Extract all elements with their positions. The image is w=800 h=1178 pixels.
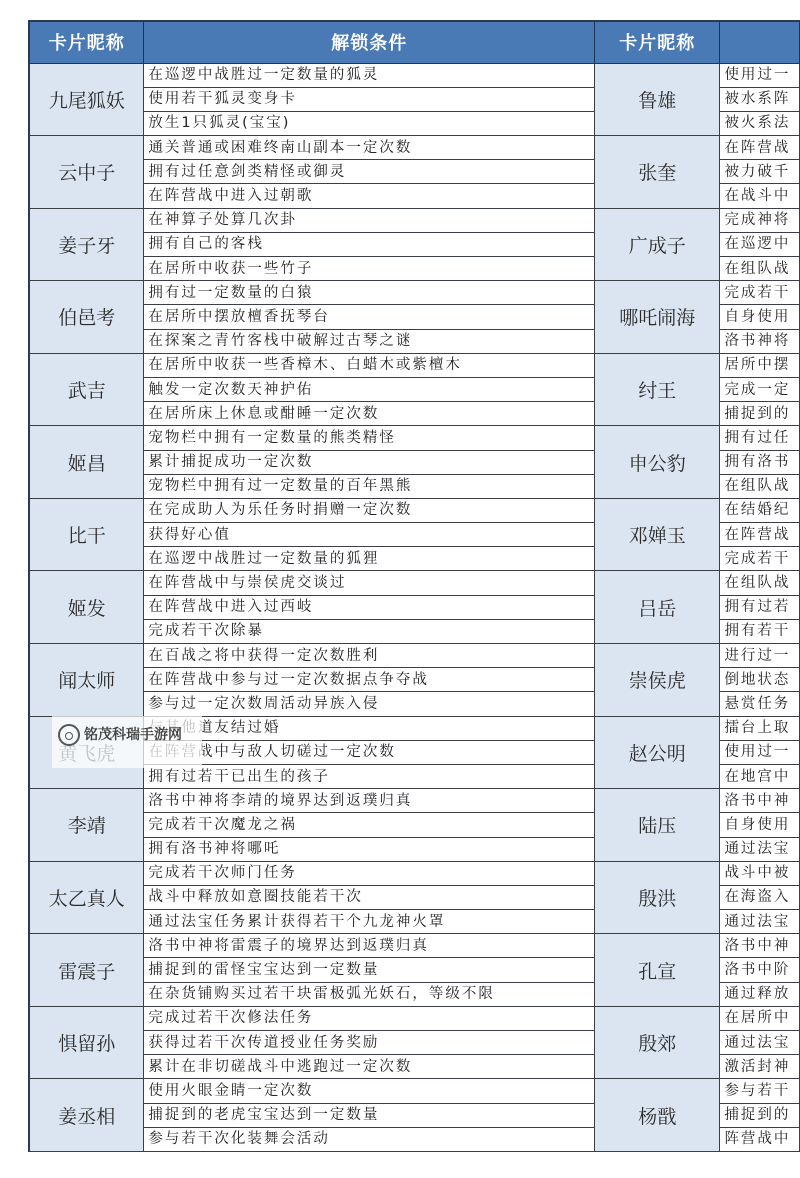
card-name-cell: 邓婵玉 — [595, 498, 720, 571]
card-name-cell: 姬发 — [29, 571, 144, 644]
condition-cell: 拥有若干 — [720, 619, 800, 643]
table-row: 李靖洛书中神将李靖的境界达到返璞归真陆压洛书中神 — [29, 789, 800, 813]
condition-cell: 拥有自己的客栈 — [144, 232, 595, 256]
camera-logo-icon — [58, 724, 80, 746]
condition-cell: 倒地状态 — [720, 668, 800, 692]
condition-cell: 在组队战 — [720, 571, 800, 595]
table-row: 云中子通关普通或困难终南山副本一定次数张奎在阵营战 — [29, 136, 800, 160]
condition-cell: 通过法宝 — [720, 910, 800, 934]
condition-cell: 通过法宝任务累计获得若干个九龙神火罩 — [144, 910, 595, 934]
card-name-cell: 哪吒闹海 — [595, 281, 720, 354]
condition-cell: 在探案之青竹客栈中破解过古琴之谜 — [144, 329, 595, 353]
card-name-cell: 伯邑考 — [29, 281, 144, 354]
condition-cell: 通关普通或困难终南山副本一定次数 — [144, 136, 595, 160]
card-name-cell: 张奎 — [595, 136, 720, 209]
condition-cell: 被力破千 — [720, 160, 800, 184]
table-row: 九尾狐妖在巡逻中战胜过一定数量的狐灵鲁雄使用过一 — [29, 63, 800, 87]
condition-cell: 在阵营战中参与过一定次数据点争夺战 — [144, 668, 595, 692]
header-unlock-condition-left: 解锁条件 — [144, 21, 595, 63]
condition-cell: 在阵营战中与崇侯虎交谈过 — [144, 571, 595, 595]
table-row: 雷震子洛书中神将雷震子的境界达到返璞归真孔宣洛书中神 — [29, 934, 800, 958]
condition-cell: 洛书中神将雷震子的境界达到返璞归真 — [144, 934, 595, 958]
condition-cell: 完成若干 — [720, 547, 800, 571]
card-name-cell: 殷郊 — [595, 1006, 720, 1079]
condition-cell: 在组队战 — [720, 474, 800, 498]
condition-cell: 悬赏任务 — [720, 692, 800, 716]
table-row: 姜子牙在神算子处算几次卦广成子完成神将 — [29, 208, 800, 232]
card-name-cell: 姜子牙 — [29, 208, 144, 281]
condition-cell: 获得好心值 — [144, 523, 595, 547]
condition-cell: 完成一定 — [720, 377, 800, 401]
card-name-cell: 武吉 — [29, 353, 144, 426]
condition-cell: 累计捕捉成功一定次数 — [144, 450, 595, 474]
table-row: 惧留孙完成过若干次修法任务殷郊在居所中 — [29, 1006, 800, 1030]
condition-cell: 战斗中释放如意圈技能若干次 — [144, 885, 595, 909]
card-unlock-table: 卡片昵称 解锁条件 卡片昵称 九尾狐妖在巡逻中战胜过一定数量的狐灵鲁雄使用过一使… — [28, 20, 800, 1152]
condition-cell: 通过法宝 — [720, 1031, 800, 1055]
card-name-cell: 惧留孙 — [29, 1006, 144, 1079]
condition-cell: 捕捉到的老虎宝宝达到一定数量 — [144, 1103, 595, 1127]
condition-cell: 在居所中收获一些香樟木、白蜡木或紫檀木 — [144, 353, 595, 377]
condition-cell: 在巡逻中战胜过一定数量的狐狸 — [144, 547, 595, 571]
condition-cell: 被水系阵 — [720, 87, 800, 111]
card-name-cell: 陆压 — [595, 789, 720, 862]
table-row: 比干在完成助人为乐任务时捐赠一定次数邓婵玉在结婚纪 — [29, 498, 800, 522]
card-name-cell: 孔宣 — [595, 934, 720, 1007]
condition-cell: 参与若干次化装舞会活动 — [144, 1127, 595, 1151]
condition-cell: 完成若干次师门任务 — [144, 861, 595, 885]
watermark-text: 铭茂科瑞手游网 — [84, 724, 182, 744]
condition-cell: 在阵营战 — [720, 523, 800, 547]
condition-cell: 拥有过一定数量的白猿 — [144, 281, 595, 305]
card-name-cell: 赵公明 — [595, 716, 720, 789]
card-name-cell: 吕岳 — [595, 571, 720, 644]
condition-cell: 拥有洛书 — [720, 450, 800, 474]
condition-cell: 擂台上取 — [720, 716, 800, 740]
condition-cell: 在组队战 — [720, 257, 800, 281]
table-body: 九尾狐妖在巡逻中战胜过一定数量的狐灵鲁雄使用过一使用若干狐灵变身卡被水系阵放生1… — [29, 63, 800, 1151]
condition-cell: 参与若干 — [720, 1079, 800, 1103]
condition-cell: 宠物栏中拥有一定数量的熊类精怪 — [144, 426, 595, 450]
condition-cell: 完成若干次除暴 — [144, 619, 595, 643]
header-card-name-left: 卡片昵称 — [29, 21, 144, 63]
table-row: 姬发在阵营战中与崇侯虎交谈过吕岳在组队战 — [29, 571, 800, 595]
condition-cell: 在阵营战 — [720, 136, 800, 160]
condition-cell: 捕捉到的 — [720, 1103, 800, 1127]
card-name-cell: 姜丞相 — [29, 1079, 144, 1152]
condition-cell: 洛书中神 — [720, 934, 800, 958]
header-card-name-right: 卡片昵称 — [595, 21, 720, 63]
condition-cell: 在阵营战中进入过西岐 — [144, 595, 595, 619]
condition-cell: 拥有过任 — [720, 426, 800, 450]
condition-cell: 在地宫中 — [720, 764, 800, 788]
condition-cell: 在海盗入 — [720, 885, 800, 909]
condition-cell: 在巡逻中 — [720, 232, 800, 256]
condition-cell: 在杂货铺购买过若干块雷极弧光妖石，等级不限 — [144, 982, 595, 1006]
condition-cell: 使用若干狐灵变身卡 — [144, 87, 595, 111]
condition-cell: 宠物栏中拥有过一定数量的百年黑熊 — [144, 474, 595, 498]
condition-cell: 在居所中 — [720, 1006, 800, 1030]
condition-cell: 在居所中摆放檀香抚琴台 — [144, 305, 595, 329]
condition-cell: 居所中摆 — [720, 353, 800, 377]
card-name-cell: 申公豹 — [595, 426, 720, 499]
card-name-cell: 纣王 — [595, 353, 720, 426]
condition-cell: 在阵营战中进入过朝歌 — [144, 184, 595, 208]
condition-cell: 洛书中阶 — [720, 958, 800, 982]
condition-cell: 洛书中神 — [720, 789, 800, 813]
condition-cell: 获得过若干次传道授业任务奖励 — [144, 1031, 595, 1055]
condition-cell: 使用过一 — [720, 740, 800, 764]
condition-cell: 激活封神 — [720, 1055, 800, 1079]
condition-cell: 自身使用 — [720, 305, 800, 329]
table-row: 伯邑考拥有过一定数量的白猿哪吒闹海完成若干 — [29, 281, 800, 305]
card-name-cell: 九尾狐妖 — [29, 63, 144, 136]
condition-cell: 在阵营战中与敌人切磋过一定次数 — [144, 740, 595, 764]
condition-cell: 在神算子处算几次卦 — [144, 208, 595, 232]
condition-cell: 捕捉到的 — [720, 402, 800, 426]
condition-cell: 在巡逻中战胜过一定数量的狐灵 — [144, 63, 595, 87]
condition-cell: 捕捉到的雷怪宝宝达到一定数量 — [144, 958, 595, 982]
condition-cell: 拥有过若 — [720, 595, 800, 619]
condition-cell: 进行过一 — [720, 644, 800, 668]
card-name-cell: 姬昌 — [29, 426, 144, 499]
condition-cell: 拥有过任意剑类精怪或御灵 — [144, 160, 595, 184]
card-name-cell: 比干 — [29, 498, 144, 571]
condition-cell: 在居所床上休息或酣睡一定次数 — [144, 402, 595, 426]
table-row: 太乙真人完成若干次师门任务殷洪战斗中被 — [29, 861, 800, 885]
header-unlock-condition-right — [720, 21, 800, 63]
condition-cell: 完成神将 — [720, 208, 800, 232]
card-name-cell: 雷震子 — [29, 934, 144, 1007]
condition-cell: 完成过若干次修法任务 — [144, 1006, 595, 1030]
watermark: 铭茂科瑞手游网 — [52, 716, 202, 768]
table-row: 闻太师在百战之将中获得一定次数胜利崇侯虎进行过一 — [29, 644, 800, 668]
condition-cell: 在战斗中 — [720, 184, 800, 208]
condition-cell: 触发一定次数天神护佑 — [144, 377, 595, 401]
card-name-cell: 闻太师 — [29, 644, 144, 717]
card-name-cell: 广成子 — [595, 208, 720, 281]
condition-cell: 与其他道友结过婚 — [144, 716, 595, 740]
condition-cell: 使用火眼金睛一定次数 — [144, 1079, 595, 1103]
condition-cell: 完成若干 — [720, 281, 800, 305]
card-name-cell: 崇侯虎 — [595, 644, 720, 717]
condition-cell: 自身使用 — [720, 813, 800, 837]
condition-cell: 拥有洛书神将哪吒 — [144, 837, 595, 861]
card-name-cell: 杨戬 — [595, 1079, 720, 1152]
condition-cell: 在百战之将中获得一定次数胜利 — [144, 644, 595, 668]
condition-cell: 完成若干次魔龙之祸 — [144, 813, 595, 837]
card-name-cell: 李靖 — [29, 789, 144, 862]
condition-cell: 洛书中神将李靖的境界达到返璞归真 — [144, 789, 595, 813]
condition-cell: 战斗中被 — [720, 861, 800, 885]
condition-cell: 使用过一 — [720, 63, 800, 87]
condition-cell: 被火系法 — [720, 111, 800, 135]
condition-cell: 拥有过若干已出生的孩子 — [144, 764, 595, 788]
table-row: 武吉在居所中收获一些香樟木、白蜡木或紫檀木纣王居所中摆 — [29, 353, 800, 377]
card-name-cell: 鲁雄 — [595, 63, 720, 136]
condition-cell: 通过释放 — [720, 982, 800, 1006]
condition-cell: 在居所中收获一些竹子 — [144, 257, 595, 281]
card-name-cell: 太乙真人 — [29, 861, 144, 934]
condition-cell: 洛书神将 — [720, 329, 800, 353]
condition-cell: 累计在非切磋战斗中逃跑过一定次数 — [144, 1055, 595, 1079]
card-name-cell: 殷洪 — [595, 861, 720, 934]
condition-cell: 阵营战中 — [720, 1127, 800, 1151]
table-header-row: 卡片昵称 解锁条件 卡片昵称 — [29, 21, 800, 63]
condition-cell: 放生1只狐灵(宝宝) — [144, 111, 595, 135]
table-row: 姬昌宠物栏中拥有一定数量的熊类精怪申公豹拥有过任 — [29, 426, 800, 450]
condition-cell: 在结婚纪 — [720, 498, 800, 522]
table-row: 姜丞相使用火眼金睛一定次数杨戬参与若干 — [29, 1079, 800, 1103]
condition-cell: 参与过一定次数周活动异族入侵 — [144, 692, 595, 716]
card-name-cell: 云中子 — [29, 136, 144, 209]
condition-cell: 通过法宝 — [720, 837, 800, 861]
condition-cell: 在完成助人为乐任务时捐赠一定次数 — [144, 498, 595, 522]
